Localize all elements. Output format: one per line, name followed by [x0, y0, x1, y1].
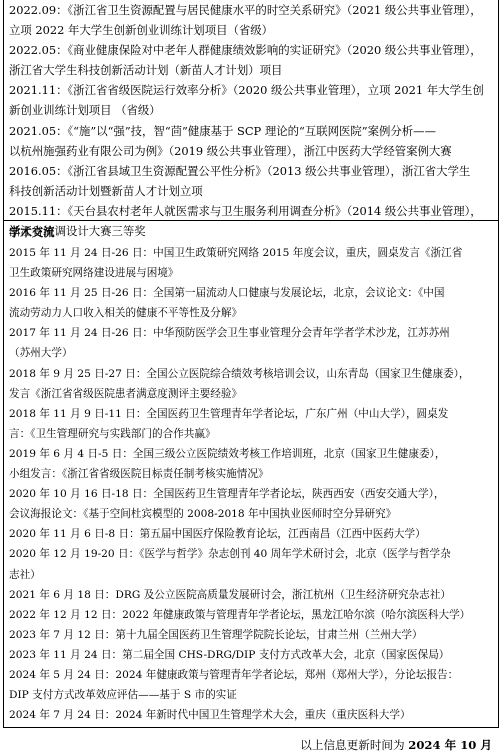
- exchange-line: 2016 年 11 月 25 日-26 日：全国第一届流动人口健康与发展论坛，北…: [9, 283, 494, 303]
- exchange-entry: 2018 年 11 月 9 日-11 日：全国医药卫生管理青年学者论坛，广东广州…: [9, 404, 494, 444]
- exchange-line: 2018 年 11 月 9 日-11 日：全国医药卫生管理青年学者论坛，广东广州…: [9, 404, 494, 424]
- update-note: 以上信息更新时间为 2024 年 10 月: [300, 738, 492, 752]
- project-entry: 2016.05：《浙江省县域卫生资源配置公平性分析》（2013 级公共事业管理）…: [9, 161, 494, 201]
- exchange-entry: 2017 年 11 月 24 日-26 日：中华预防医学会卫生事业管理分会青年学…: [9, 323, 494, 363]
- exchange-line: 2024 年 7 月 24 日：2024 年新时代中国卫生管理学术大会，重庆（重…: [9, 705, 494, 725]
- project-line: 新创业训练计划项目 （省级）: [9, 100, 494, 120]
- exchange-entry: 2020 年 10 月 16 日-18 日：全国医药卫生管理青年学者论坛，陕西西…: [9, 484, 494, 524]
- exchange-line: 小组发言：《浙江省省级医院目标责任制考核实施情况》: [9, 464, 494, 484]
- exchange-line: 2022 年 12 月 12 日：2022 年健康政策与管理青年学者论坛，黑龙江…: [9, 605, 494, 625]
- exchange-line: DIP 支付方式改革效应评估——基于 S 市的实证: [9, 685, 494, 705]
- project-line: 2021.05：《“施”以“强”技，智“茴”健康基于 SCP 理论的“互联网医院…: [9, 121, 494, 141]
- project-entry: 2022.05：《商业健康保险对中老年人群健康绩效影响的实证研究》（2020 级…: [9, 40, 494, 80]
- exchange-entry: 2020 年 12 月 19-20 日：《医学与哲学》杂志创刊 40 周年学术研…: [9, 544, 494, 584]
- project-line: 2016.05：《浙江省县域卫生资源配置公平性分析》（2013 级公共事业管理）…: [9, 161, 494, 181]
- exchange-line: 2017 年 11 月 24 日-26 日：中华预防医学会卫生事业管理分会青年学…: [9, 323, 494, 343]
- project-entry: 2022.09：《浙江省卫生资源配置与居民健康水平的时空关系研究》（2021 级…: [9, 0, 494, 40]
- update-note-date: 2024 年 10 月: [408, 738, 492, 752]
- academic-exchange-section: 学术交流 2015 年 11 月 24 日-26 日：中国卫生政策研究网络 20…: [4, 221, 498, 727]
- project-line: 2015.11：《天台县农村老年人就医需求与卫生服务利用调查分析》（2014 级…: [9, 201, 494, 221]
- exchange-line: （苏州大学）: [9, 343, 494, 363]
- exchange-entry: 2020 年 11 月 6 日-8 日：第五届中国医疗保险教育论坛，江西南昌（江…: [9, 524, 494, 544]
- exchange-entry: 2024 年 5 月 24 日：2024 年健康政策与管理青年学者论坛，郑州（郑…: [9, 665, 494, 705]
- exchange-line: 2015 年 11 月 24 日-26 日：中国卫生政策研究网络 2015 年度…: [9, 243, 494, 263]
- exchange-entry: 2021 年 6 月 18 日：DRG 及公立医院高质量发展研讨会，浙江杭州（卫…: [9, 585, 494, 605]
- exchange-line: 言：《卫生管理研究与实践部门的合作共赢》: [9, 424, 494, 444]
- exchange-line: 流动劳动力人口收入相关的健康不平等性及分解》: [9, 303, 494, 323]
- exchange-entry: 2018 年 9 月 25 日-27 日：全国公立医院综合绩效考核培训会议，山东…: [9, 364, 494, 404]
- exchange-line: 2019 年 6 月 4 日-5 日：全国三级公立医院绩效考核工作培训班，北京（…: [9, 444, 494, 464]
- exchange-line: 2020 年 11 月 6 日-8 日：第五届中国医疗保险教育论坛，江西南昌（江…: [9, 524, 494, 544]
- exchange-line: 2023 年 11 月 24 日：第二届全国 CHS-DRG/DIP 支付方式改…: [9, 645, 494, 665]
- exchange-entry: 2022 年 12 月 12 日：2022 年健康政策与管理青年学者论坛，黑龙江…: [9, 605, 494, 625]
- cv-table: 2022.09：《浙江省卫生资源配置与居民健康水平的时空关系研究》（2021 级…: [3, 0, 499, 728]
- exchange-line: 2021 年 6 月 18 日：DRG 及公立医院高质量发展研讨会，浙江杭州（卫…: [9, 585, 494, 605]
- project-entry: 2021.11：《浙江省省级医院运行效率分析》（2020 级公共事业管理），立项…: [9, 80, 494, 120]
- exchange-line: 志社）: [9, 565, 494, 585]
- exchange-line: 2024 年 5 月 24 日：2024 年健康政策与管理青年学者论坛，郑州（郑…: [9, 665, 494, 685]
- exchange-line: 2020 年 12 月 19-20 日：《医学与哲学》杂志创刊 40 周年学术研…: [9, 544, 494, 564]
- exchange-entry: 2015 年 11 月 24 日-26 日：中国卫生政策研究网络 2015 年度…: [9, 243, 494, 283]
- exchange-line: 2020 年 10 月 16 日-18 日：全国医药卫生管理青年学者论坛，陕西西…: [9, 484, 494, 504]
- update-note-prefix: 以上信息更新时间为: [300, 738, 408, 752]
- project-line: 2022.05：《商业健康保险对中老年人群健康绩效影响的实证研究》（2020 级…: [9, 40, 494, 60]
- exchange-entry: 2016 年 11 月 25 日-26 日：全国第一届流动人口健康与发展论坛，北…: [9, 283, 494, 323]
- exchange-line: 卫生政策研究网络建设进展与困境》: [9, 263, 494, 283]
- exchange-entry: 2024 年 7 月 24 日：2024 年新时代中国卫生管理学术大会，重庆（重…: [9, 705, 494, 725]
- exchange-line: 会议海报论文：《基于空间杜宾模型的 2008-2018 年中国执业医师时空分异研…: [9, 504, 494, 524]
- student-projects-section: 2022.09：《浙江省卫生资源配置与居民健康水平的时空关系研究》（2021 级…: [4, 0, 498, 221]
- exchange-line: 2018 年 9 月 25 日-27 日：全国公立医院综合绩效考核培训会议，山东…: [9, 364, 494, 384]
- project-entry: 2021.05：《“施”以“强”技，智“茴”健康基于 SCP 理论的“互联网医院…: [9, 121, 494, 161]
- project-line: 科技创新活动计划暨新苗人才计划立项: [9, 181, 494, 201]
- exchange-entry: 2023 年 7 月 12 日：第十九届全国医药卫生管理学院院长论坛，甘肃兰州（…: [9, 625, 494, 645]
- exchange-entry: 2023 年 11 月 24 日：第二届全国 CHS-DRG/DIP 支付方式改…: [9, 645, 494, 665]
- exchange-line: 发言《浙江省省级医院患者满意度测评主要经验》: [9, 384, 494, 404]
- project-line: 以杭州施强药业有限公司为例》（2019 级公共事业管理），浙江中医药大学经管案例…: [9, 141, 494, 161]
- project-line: 浙江省大学生科技创新活动计划（新苗人才计划）项目: [9, 60, 494, 80]
- project-line: 立项 2022 年大学生创新创业训练计划项目（省级）: [9, 20, 494, 40]
- project-line: 2021.11：《浙江省省级医院运行效率分析》（2020 级公共事业管理），立项…: [9, 80, 494, 100]
- exchange-line: 2023 年 7 月 12 日：第十九届全国医药卫生管理学院院长论坛，甘肃兰州（…: [9, 625, 494, 645]
- project-line: 2022.09：《浙江省卫生资源配置与居民健康水平的时空关系研究》（2021 级…: [9, 0, 494, 20]
- exchange-entry: 2019 年 6 月 4 日-5 日：全国三级公立医院绩效考核工作培训班，北京（…: [9, 444, 494, 484]
